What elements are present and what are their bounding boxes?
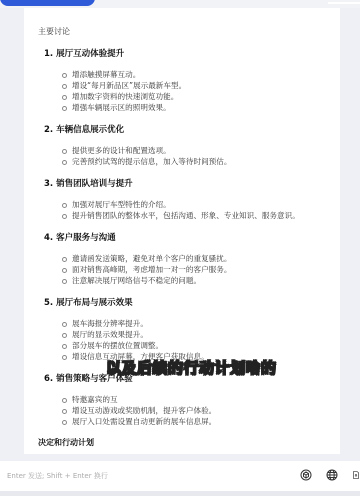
topic-number: 4. [44, 233, 53, 243]
chat-input[interactable] [7, 472, 207, 480]
bullet-list: 特邀嘉宾的互增设互动游戏或奖励机制，提升客户体验。展厅入口处需设置自动更新的展车… [62, 394, 340, 427]
list-item: 注意解决展厅网络信号不稳定的问题。 [62, 275, 340, 286]
top-bar [0, 0, 360, 8]
topic-title: 车辆信息展示优化 [56, 125, 124, 135]
topic-heading: 2.车辆信息展示优化 [44, 123, 340, 135]
list-item: 加强对展厅车型特性的介绍。 [62, 199, 340, 210]
cube-icon[interactable] [300, 469, 312, 481]
active-tab-indicator[interactable] [0, 0, 95, 6]
list-item: 增设互动游戏或奖励机制，提升客户体验。 [62, 405, 340, 416]
topic-number: 3. [44, 179, 53, 189]
bullet-list: 加强对展厅车型特性的介绍。提升销售团队的整体水平，包括沟通、形象、专业知识、服务… [62, 199, 340, 221]
topic-number: 1. [44, 49, 53, 59]
list-item: 展厅入口处需设置自动更新的展车信息屏。 [62, 416, 340, 427]
list-item: 面对销售高峰期，考虑增加一对一的客户服务。 [62, 264, 340, 275]
globe-icon[interactable] [326, 469, 338, 481]
video-caption-overlay: 以及后续的行动计划啥的 [106, 357, 277, 378]
bullet-list: 提供更多的设计和配置选项。完善预约试驾的提示信息，加入等待时间预估。 [62, 145, 340, 167]
list-item: 展车海报分辨率提升。 [62, 318, 340, 329]
topic-number: 5. [44, 298, 53, 308]
topic-number: 2. [44, 125, 53, 135]
file-upload-icon[interactable] [352, 469, 360, 481]
topic-heading: 3.销售团队培训与提升 [44, 177, 340, 189]
list-item: 增加数字资料的快速浏览功能。 [62, 91, 340, 102]
list-item: 提升销售团队的整体水平，包括沟通、形象、专业知识、服务意识。 [62, 210, 340, 221]
list-item: 完善预约试驾的提示信息，加入等待时间预估。 [62, 156, 340, 167]
section-main-discussion: 主要讨论 [38, 26, 340, 37]
document-panel: 主要讨论 1.展厅互动体验提升增添触摸屏幕互动。增设“每月新品区”展示最新车型。… [24, 8, 340, 454]
topic-number: 6. [44, 374, 53, 384]
list-item: 增添触摸屏幕互动。 [62, 69, 340, 80]
list-item: 邀请函发送策略，避免对单个客户的重复骚扰。 [62, 253, 340, 264]
topic-title: 销售团队培训与提升 [56, 179, 133, 189]
section-decisions: 决定和行动计划 [38, 437, 340, 448]
topic-title: 展厅互动体验提升 [56, 49, 124, 59]
list-item: 增设“每月新品区”展示最新车型。 [62, 80, 340, 91]
topic-title: 客户服务与沟通 [56, 233, 116, 243]
bottom-strip [0, 491, 360, 496]
list-item: 提供更多的设计和配置选项。 [62, 145, 340, 156]
top-divider [328, 2, 360, 4]
topic-heading: 5.展厅布局与展示效果 [44, 296, 340, 308]
topic-title: 展厅布局与展示效果 [56, 298, 133, 308]
bullet-list: 增添触摸屏幕互动。增设“每月新品区”展示最新车型。增加数字资料的快速浏览功能。增… [62, 69, 340, 113]
topic-heading: 4.客户服务与沟通 [44, 231, 340, 243]
list-item: 部分展车的摆放位置调整。 [62, 340, 340, 351]
list-item: 展厅的显示效果提升。 [62, 329, 340, 340]
list-item: 特邀嘉宾的互 [62, 394, 340, 405]
bullet-list: 邀请函发送策略，避免对单个客户的重复骚扰。面对销售高峰期，考虑增加一对一的客户服… [62, 253, 340, 286]
list-item: 增强车辆展示区的照明效果。 [62, 102, 340, 113]
input-toolbar [300, 469, 360, 481]
chat-input-bar [0, 461, 360, 491]
bullet-list: 展车海报分辨率提升。展厅的显示效果提升。部分展车的摆放位置调整。增设信息互动屏幕… [62, 318, 340, 362]
topic-heading: 1.展厅互动体验提升 [44, 47, 340, 59]
